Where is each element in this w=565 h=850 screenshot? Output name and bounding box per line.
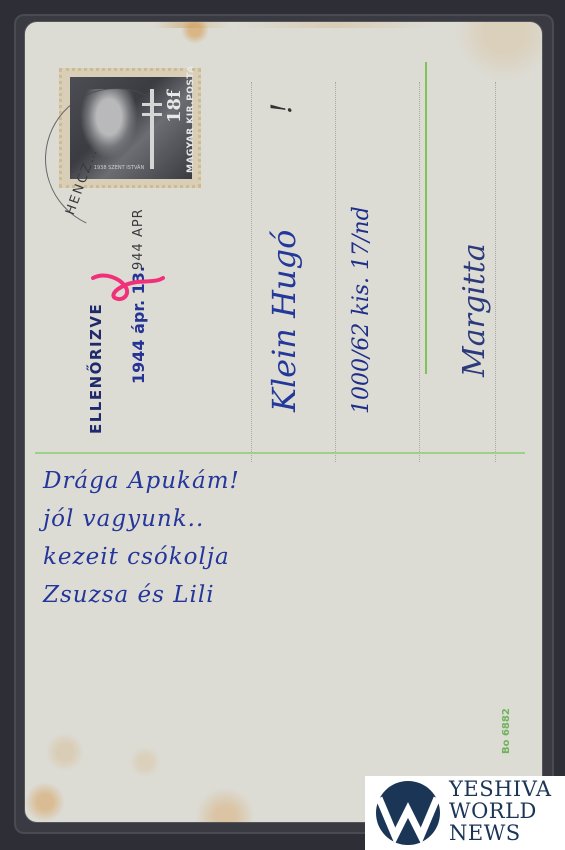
logo-line-yeshiva: YESHIVA — [449, 778, 552, 800]
message-line: jól vagyunk.. — [43, 500, 240, 538]
logo-wordmark: YESHIVA WORLD NEWS — [449, 778, 552, 844]
address-guide-line — [251, 82, 252, 462]
ywn-logo-icon — [373, 780, 443, 846]
handwritten-message: Drága Apukám! jól vagyunk.. kezeit csóko… — [43, 462, 240, 614]
censor-pink-mark-icon — [85, 268, 165, 308]
address-guide-line — [335, 82, 336, 462]
censor-stamp-word: ELLENŐRIZVE — [87, 303, 105, 434]
postcard: 18f MAGYAR KIR.POSTA 1938 SZENT ISTVÁN H… — [25, 22, 542, 822]
recipient-exclamation: ! — [265, 103, 298, 114]
address-guide-line — [495, 82, 496, 462]
recipient-street: 1000/62 kis. 17/nd — [349, 206, 374, 414]
logo-line-world: WORLD — [449, 800, 552, 822]
address-divider-line — [425, 62, 427, 374]
stamp-country: MAGYAR KIR.POSTA — [186, 65, 196, 173]
message-divider-line — [35, 452, 525, 454]
postmark-date: 944 APR — [131, 208, 146, 270]
message-line: kezeit csókolja — [43, 538, 240, 576]
message-line: Zsuzsa és Lili — [43, 576, 240, 614]
printer-code: Bo 6882 — [501, 708, 512, 754]
address-guide-line — [419, 82, 420, 462]
message-line: Drága Apukám! — [43, 462, 240, 500]
yeshiva-world-news-logo: YESHIVA WORLD NEWS — [365, 776, 565, 850]
recipient-name: Klein Hugó — [265, 230, 303, 412]
logo-line-news: NEWS — [449, 822, 552, 844]
recipient-city: Margitta — [457, 243, 492, 377]
